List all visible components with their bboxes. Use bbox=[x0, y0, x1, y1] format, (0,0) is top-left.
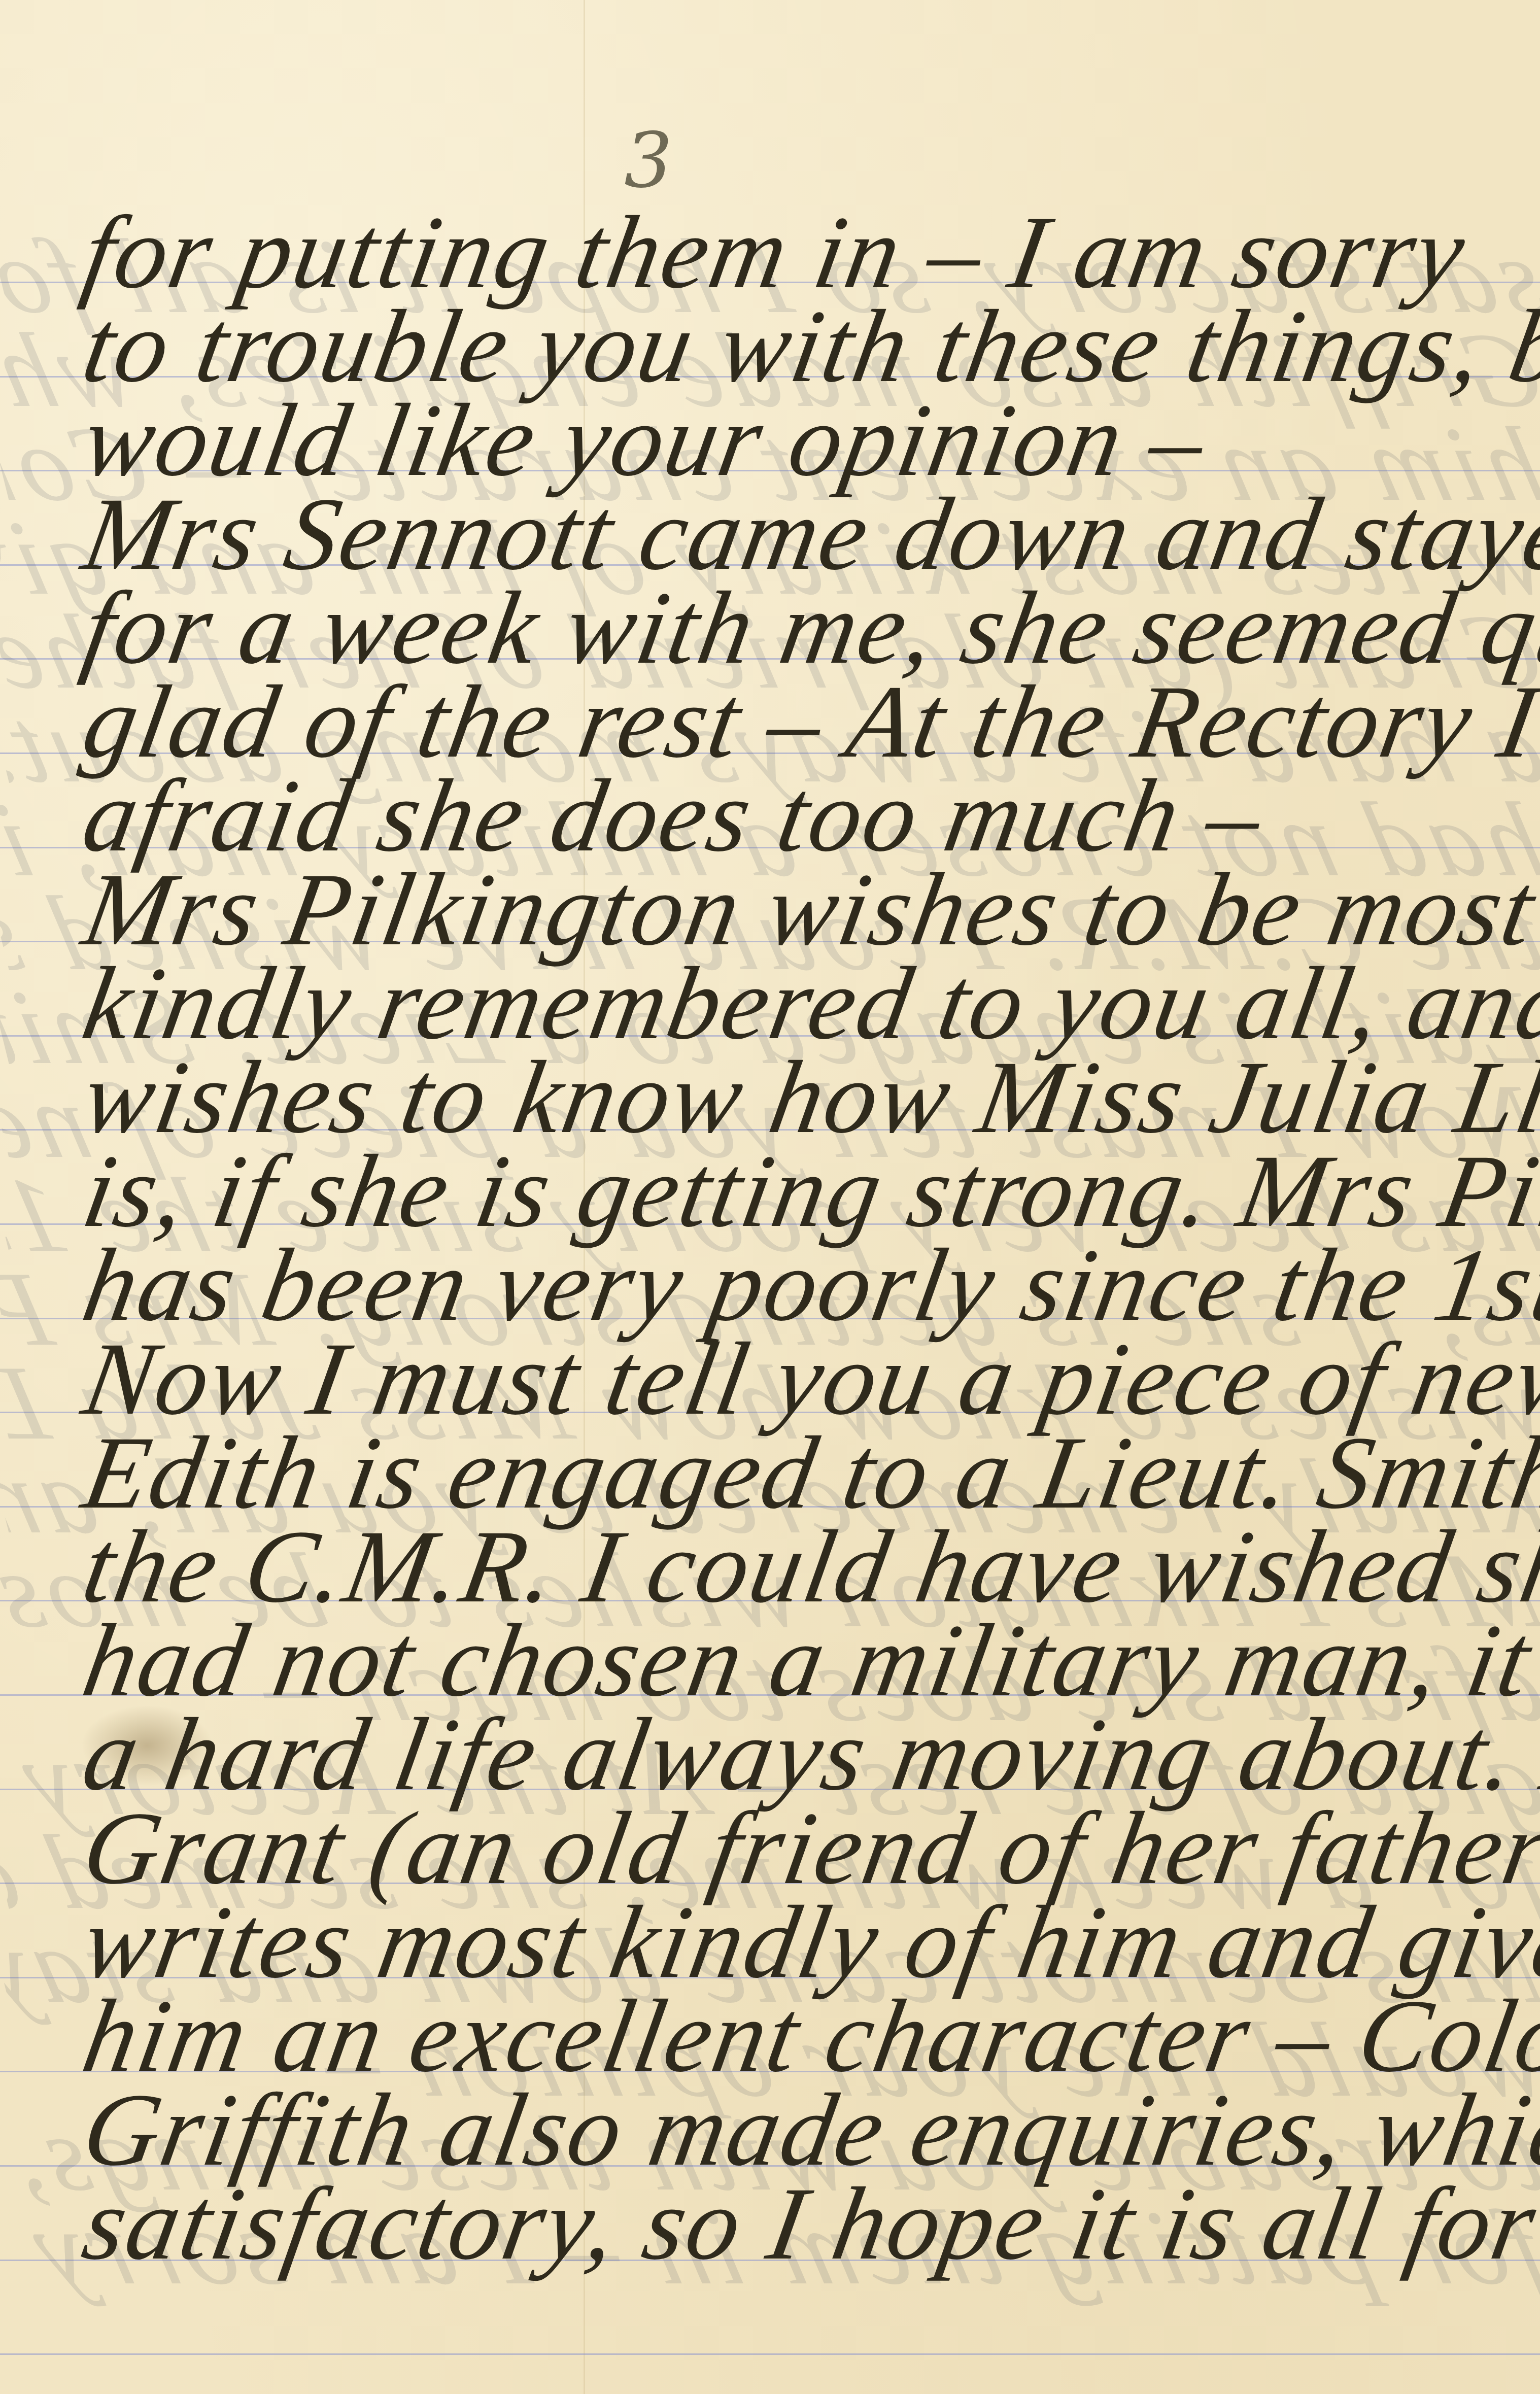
handwritten-line: satisfactory, so I hope it is all for th… bbox=[76, 2172, 1540, 2276]
rule-line bbox=[0, 2353, 1540, 2355]
page-number: 3 bbox=[624, 117, 672, 205]
